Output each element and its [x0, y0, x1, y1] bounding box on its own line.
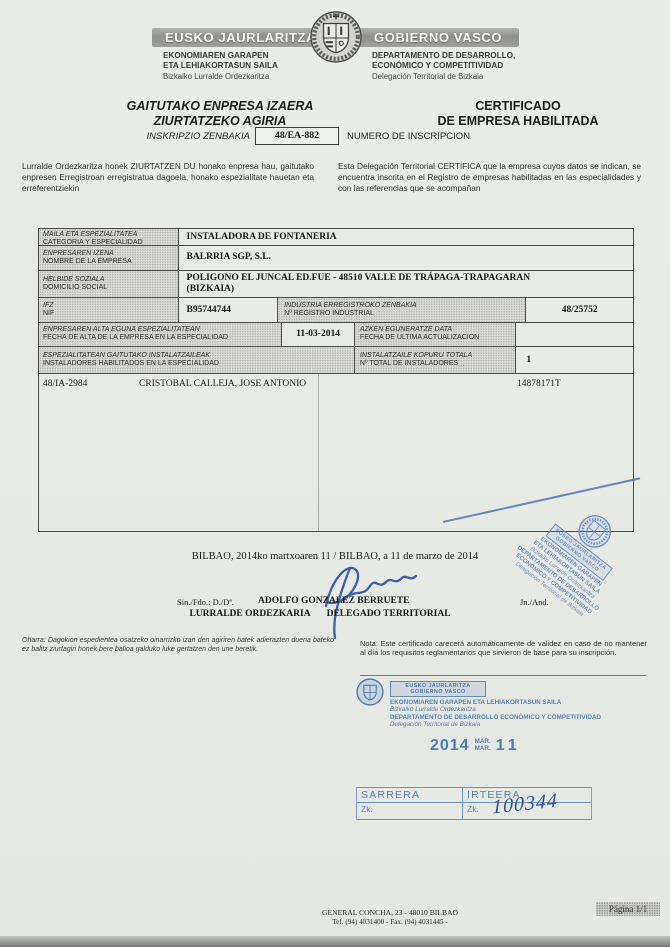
certify-paragraph-spanish: Esta Delegación Territorial CERTIFICA qu…: [338, 161, 641, 194]
gov-title-spanish: GOBIERNO VASCO: [374, 30, 502, 45]
label-registration-date-eu: ENPRESAREN ALTA EGUNA ESPEZIALITATEAN: [43, 326, 278, 334]
delegation-basque: Bizkaiko Lurralde Ordezkaritza: [163, 72, 278, 81]
doc-title-spanish-line2: DE EMPRESA HABILITADA: [420, 114, 616, 129]
table-row: HELBIDE SOZIALA DOMICILIO SOCIAL POLIGON…: [39, 271, 633, 298]
label-company-name-eu: ENPRESAREN IZENA: [43, 250, 175, 258]
value-category: INSTALADORA DE FONTANERIA: [179, 229, 633, 245]
delegate-title-spanish: DELEGADO TERRITORIAL: [327, 609, 451, 619]
delegation-spanish: Delegación Territorial de Bizkaia: [372, 72, 515, 81]
inscription-label-basque: INSKRIPZIO ZENBAKIA: [120, 131, 250, 142]
value-registration-date: 11-03-2014: [282, 323, 355, 346]
label-last-update-eu: AZKEN EGUNERATZE DATA: [360, 326, 512, 334]
label-registration-date: ENPRESAREN ALTA EGUNA ESPEZIALITATEAN FE…: [39, 323, 282, 346]
installer-area-divider: [318, 374, 319, 532]
label-company-name: ENPRESAREN IZENA NOMBRE DE LA EMPRESA: [39, 246, 179, 270]
basque-coat-of-arms-icon: [310, 11, 362, 63]
label-company-name-es: NOMBRE DE LA EMPRESA: [43, 258, 175, 266]
label-total-installers-eu: INSTALATZAILE KOPURU TOTALA: [360, 352, 512, 360]
footer-address-block: GENERAL CONCHA, 23 - 48010 BILBAO Tef. (…: [240, 909, 540, 926]
table-row: IFZ NIF B95744744 INDUSTRIA ERREGISTROKO…: [39, 298, 633, 323]
value-company-name: BALRRIA SGP, S.L.: [179, 246, 633, 270]
installer-code: 48/IA-2984: [43, 379, 87, 389]
label-address-eu: HELBIDE SOZIALA: [43, 276, 175, 284]
delegate-title-basque: LURRALDE ORDEZKARIA: [189, 609, 310, 619]
doc-title-basque-line2: ZIURTATZEKO AGIRIA: [95, 114, 345, 129]
label-industry-registry-es: Nº REGISTRO INDUSTRIAL: [284, 310, 522, 318]
dept-name-basque-line2: ETA LEHIAKORTASUN SAILA: [163, 61, 278, 71]
table-row: ESPEZIALITATEAN GAITUTAKO INSTALATZAILEA…: [39, 347, 633, 374]
label-registration-date-es: FECHA DE ALTA DE LA EMPRESA EN LA ESPECI…: [43, 334, 278, 342]
value-address-line1: POLIGONO EL JUNCAL ED.FUE - 48510 VALLE …: [187, 273, 629, 284]
inscription-number-box: 48/EA-882: [255, 127, 339, 145]
registry-delegation-basque: Bizkaiko Lurralde Ordezkaritza: [390, 706, 601, 713]
registry-dept-basque: EKONOMIAREN GARAPEN ETA LEHIAKORTASUN SA…: [390, 699, 601, 706]
label-qualified-installers: ESPEZIALITATEAN GAITUTAKO INSTALATZAILEA…: [39, 347, 355, 373]
inscription-label-spanish: NUMERO DE INSCRIPCION: [347, 131, 470, 142]
label-industry-registry-eu: INDUSTRIA ERREGISTROKO ZENBAKIA: [284, 302, 522, 310]
footer-address-line1: GENERAL CONCHA, 23 - 48010 BILBAO: [240, 909, 540, 918]
label-last-update: AZKEN EGUNERATZE DATA FECHA DE ULTIMA AC…: [355, 323, 516, 346]
doc-title-basque-line1: GAITUTAKO ENPRESA IZAERA: [95, 99, 345, 114]
doc-title-basque: GAITUTAKO ENPRESA IZAERA ZIURTATZEKO AGI…: [95, 99, 345, 128]
registry-date-stamp: 2014 MAR. MAR. 11: [430, 737, 521, 755]
footer-address-line2: Tef. (94) 4031400 - Fax. (94) 4031445 -: [240, 918, 540, 926]
signed-by-label: Sin./Fdo.: D./Dª.: [177, 597, 234, 607]
installer-name: CRISTOBAL CALLEJA, JOSE ANTONIO: [139, 379, 306, 389]
label-category-es: CATEGORIA Y ESPECIALIDAD: [43, 239, 175, 245]
doc-title-spanish-line1: CERTIFICADO: [420, 99, 616, 114]
department-block-basque: EKONOMIAREN GARAPEN ETA LEHIAKORTASUN SA…: [163, 51, 278, 81]
value-industry-registry: 48/25752: [526, 298, 633, 322]
registry-zk-label-left: Zk.: [357, 803, 463, 819]
value-address: POLIGONO EL JUNCAL ED.FUE - 48510 VALLE …: [179, 271, 633, 297]
registry-date-months: MAR. MAR.: [475, 739, 491, 752]
label-nif-eu: IFZ: [43, 302, 175, 310]
value-total-installers: 1: [516, 347, 633, 373]
footnote-spanish: Nota: Este certificado carecerá automáti…: [360, 639, 647, 657]
value-nif: B95744744: [179, 298, 279, 322]
label-nif-es: NIF: [43, 310, 175, 318]
dept-name-basque-line1: EKONOMIAREN GARAPEN: [163, 51, 278, 61]
certify-paragraph-basque: Lurralde Ordezkaritza honek ZIURTATZEN D…: [22, 161, 314, 194]
registry-stamp-emblem-icon: [356, 678, 384, 706]
label-qualified-installers-es: INSTALADORES HABILITADOS EN LA ESPECIALI…: [43, 360, 351, 368]
label-industry-registry: INDUSTRIA ERREGISTROKO ZENBAKIA Nº REGIS…: [278, 298, 526, 322]
installer-id: 14878171T: [517, 379, 561, 389]
label-category: MAILA ETA ESPEZIALITATEA CATEGORIA Y ESP…: [39, 229, 179, 245]
footnote-basque: Oharra: Dagokion espedientea osatzeko oi…: [22, 637, 334, 654]
registry-date-day: 11: [496, 737, 521, 755]
label-category-eu: MAILA ETA ESPEZIALITATEA: [43, 231, 175, 239]
scan-bottom-edge: [0, 936, 670, 947]
delegate-title-line: LURRALDE ORDEZKARIA DELEGADO TERRITORIAL: [170, 609, 470, 619]
table-row: ENPRESAREN ALTA EGUNA ESPEZIALITATEAN FE…: [39, 323, 633, 347]
label-qualified-installers-eu: ESPEZIALITATEAN GAITUTAKO INSTALATZAILEA…: [43, 352, 351, 360]
value-address-line2: (BIZKAIA): [187, 284, 629, 295]
registry-date-year: 2014: [430, 737, 470, 755]
label-address-es: DOMICILIO SOCIAL: [43, 284, 175, 292]
dept-name-spanish-line1: DEPARTAMENTO DE DESARROLLO,: [372, 51, 515, 61]
gov-title-basque: EUSKO JAURLARITZA: [165, 30, 316, 45]
footnote-divider-line: [360, 675, 646, 676]
table-row: MAILA ETA ESPEZIALITATEA CATEGORIA Y ESP…: [39, 229, 633, 246]
value-last-update: [516, 323, 633, 346]
delegate-name: ADOLFO GONZALEZ BERRUETE: [258, 596, 410, 606]
registry-col-sarrera: SARRERA: [357, 788, 463, 802]
registry-stamp-gov-box: EUSKO JAURLARITZA GOBIERNO VASCO: [390, 681, 486, 697]
department-block-spanish: DEPARTAMENTO DE DESARROLLO, ECONÓMICO Y …: [372, 51, 515, 81]
label-total-installers: INSTALATZAILE KOPURU TOTALA Nº TOTAL DE …: [355, 347, 516, 373]
label-address: HELBIDE SOZIALA DOMICILIO SOCIAL: [39, 271, 179, 297]
registry-gov-spanish: GOBIERNO VASCO: [391, 689, 485, 695]
registry-dept-spanish: DEPARTAMENTO DE DESARROLLO ECONÓMICO Y C…: [390, 714, 601, 721]
registry-stamp-dept-block: EKONOMIAREN GARAPEN ETA LEHIAKORTASUN SA…: [390, 699, 601, 728]
scanned-certificate-page: EUSKO JAURLARITZA GOBIERNO VASCO EKONOMI…: [0, 0, 670, 947]
label-total-installers-es: Nº TOTAL DE INSTALADORES: [360, 360, 512, 368]
doc-title-spanish: CERTIFICADO DE EMPRESA HABILITADA: [420, 99, 616, 128]
dept-name-spanish-line2: ECONÓMICO Y COMPETITIVIDAD: [372, 61, 515, 71]
page-number-badge: Página 1/1: [596, 902, 660, 916]
jn-and-label: Jn./And.: [520, 597, 549, 607]
table-row: ENPRESAREN IZENA NOMBRE DE LA EMPRESA BA…: [39, 246, 633, 271]
registry-delegation-spanish: Delegación Territorial de Bizkaia: [390, 721, 601, 728]
label-last-update-es: FECHA DE ULTIMA ACTUALIZACION: [360, 334, 512, 342]
label-nif: IFZ NIF: [39, 298, 179, 322]
registry-date-month-es: MAR.: [475, 746, 491, 753]
